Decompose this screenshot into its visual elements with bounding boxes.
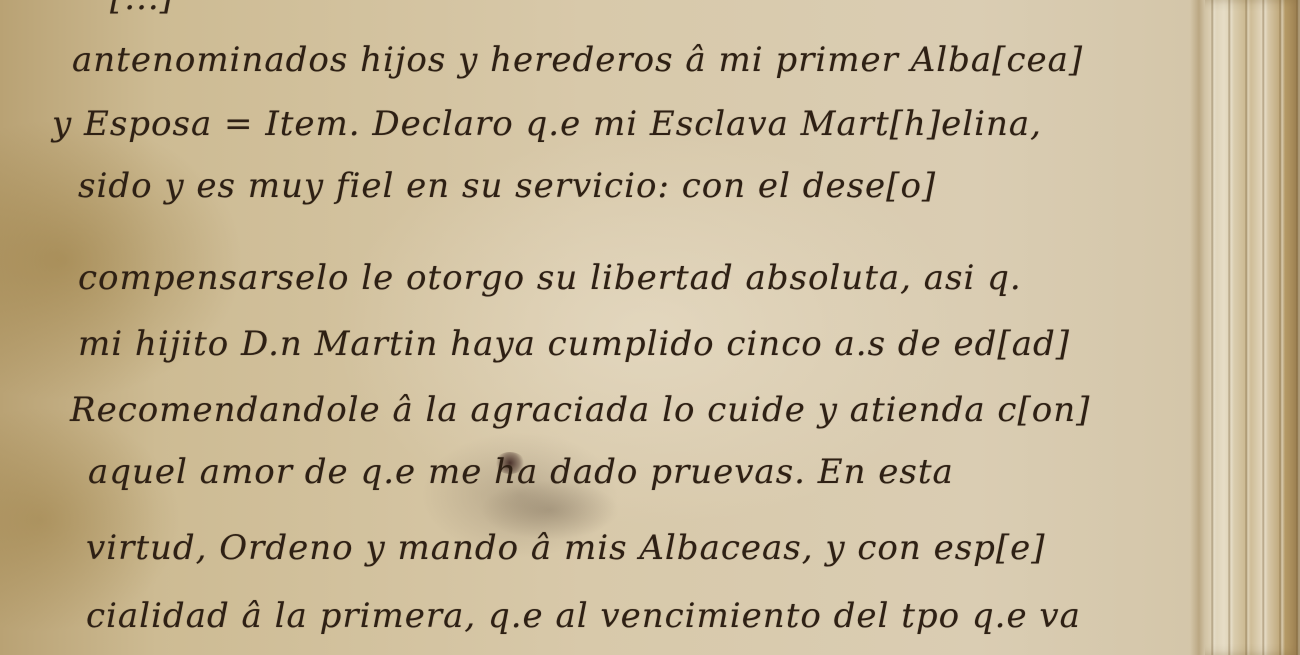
manuscript-line-9: cialidad â la primera, q.e al vencimient… (86, 596, 1081, 636)
page-edge (1205, 0, 1300, 655)
manuscript-line-5: mi hijito D.n Martin haya cumplido cinco… (78, 324, 1070, 364)
manuscript-line-3: sido y es muy fiel en su servicio: con e… (78, 166, 936, 206)
manuscript-line-4: compensarselo le otorgo su libertad abso… (78, 258, 1022, 298)
manuscript-page: [...] antenominados hijos y herederos â … (0, 0, 1300, 655)
manuscript-line-0: [...] (110, 0, 174, 18)
manuscript-line-7: aquel amor de q.e me ha dado pruevas. En… (88, 452, 954, 492)
manuscript-line-6: Recomendandole â la agraciada lo cuide y… (70, 390, 1090, 430)
manuscript-line-8: virtud, Ordeno y mando â mis Albaceas, y… (86, 528, 1046, 568)
manuscript-line-2: y Esposa = Item. Declaro q.e mi Esclava … (52, 104, 1042, 144)
manuscript-line-1: antenominados hijos y herederos â mi pri… (72, 40, 1083, 80)
